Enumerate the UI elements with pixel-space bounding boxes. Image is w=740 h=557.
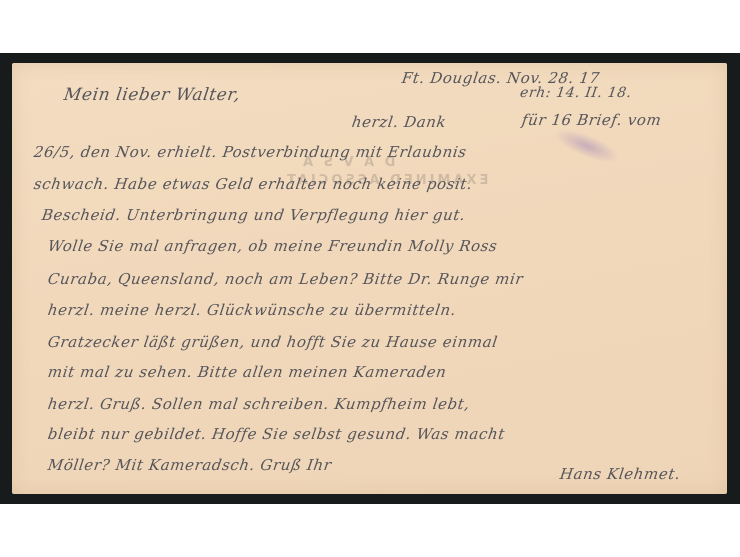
body-line-12: Möller? Mit Kameradsch. Gruß Ihr	[47, 456, 333, 474]
body-line-9: mit mal zu sehen. Bitte allen meinen Kam…	[47, 363, 448, 381]
body-line-8: Gratzecker läßt grüßen, und hofft Sie zu…	[47, 333, 499, 351]
body-line-3: schwach. Habe etwas Geld erhalten noch k…	[33, 175, 474, 193]
letter-reference: für 16 Brief. vom	[521, 111, 663, 129]
body-line-6: Curaba, Queensland, noch am Leben? Bitte…	[47, 270, 525, 288]
body-line-10: herzl. Gruß. Sollen mal schreiben. Kumpf…	[47, 395, 471, 413]
body-line-7: herzl. meine herzl. Glückwünsche zu über…	[47, 301, 458, 319]
body-line-5: Wolle Sie mal anfragen, ob meine Freundi…	[47, 237, 499, 255]
body-line-1: herzl. Dank	[351, 113, 448, 131]
body-line-2: 26/5, den Nov. erhielt. Postverbindung m…	[33, 143, 468, 161]
body-line-11: bleibt nur gebildet. Hoffe Sie selbst ge…	[47, 425, 506, 443]
body-line-4: Bescheid. Unterbringung und Verpflegung …	[41, 206, 467, 224]
violet-ink-mark	[550, 123, 623, 170]
received-date: erh: 14. II. 18.	[519, 85, 633, 101]
postcard: D A V S A EXAMINED ASSOCIAT Ft. Douglas.…	[12, 63, 727, 494]
signature: Hans Klehmet.	[559, 465, 682, 483]
salutation: Mein lieber Walter,	[63, 85, 242, 105]
